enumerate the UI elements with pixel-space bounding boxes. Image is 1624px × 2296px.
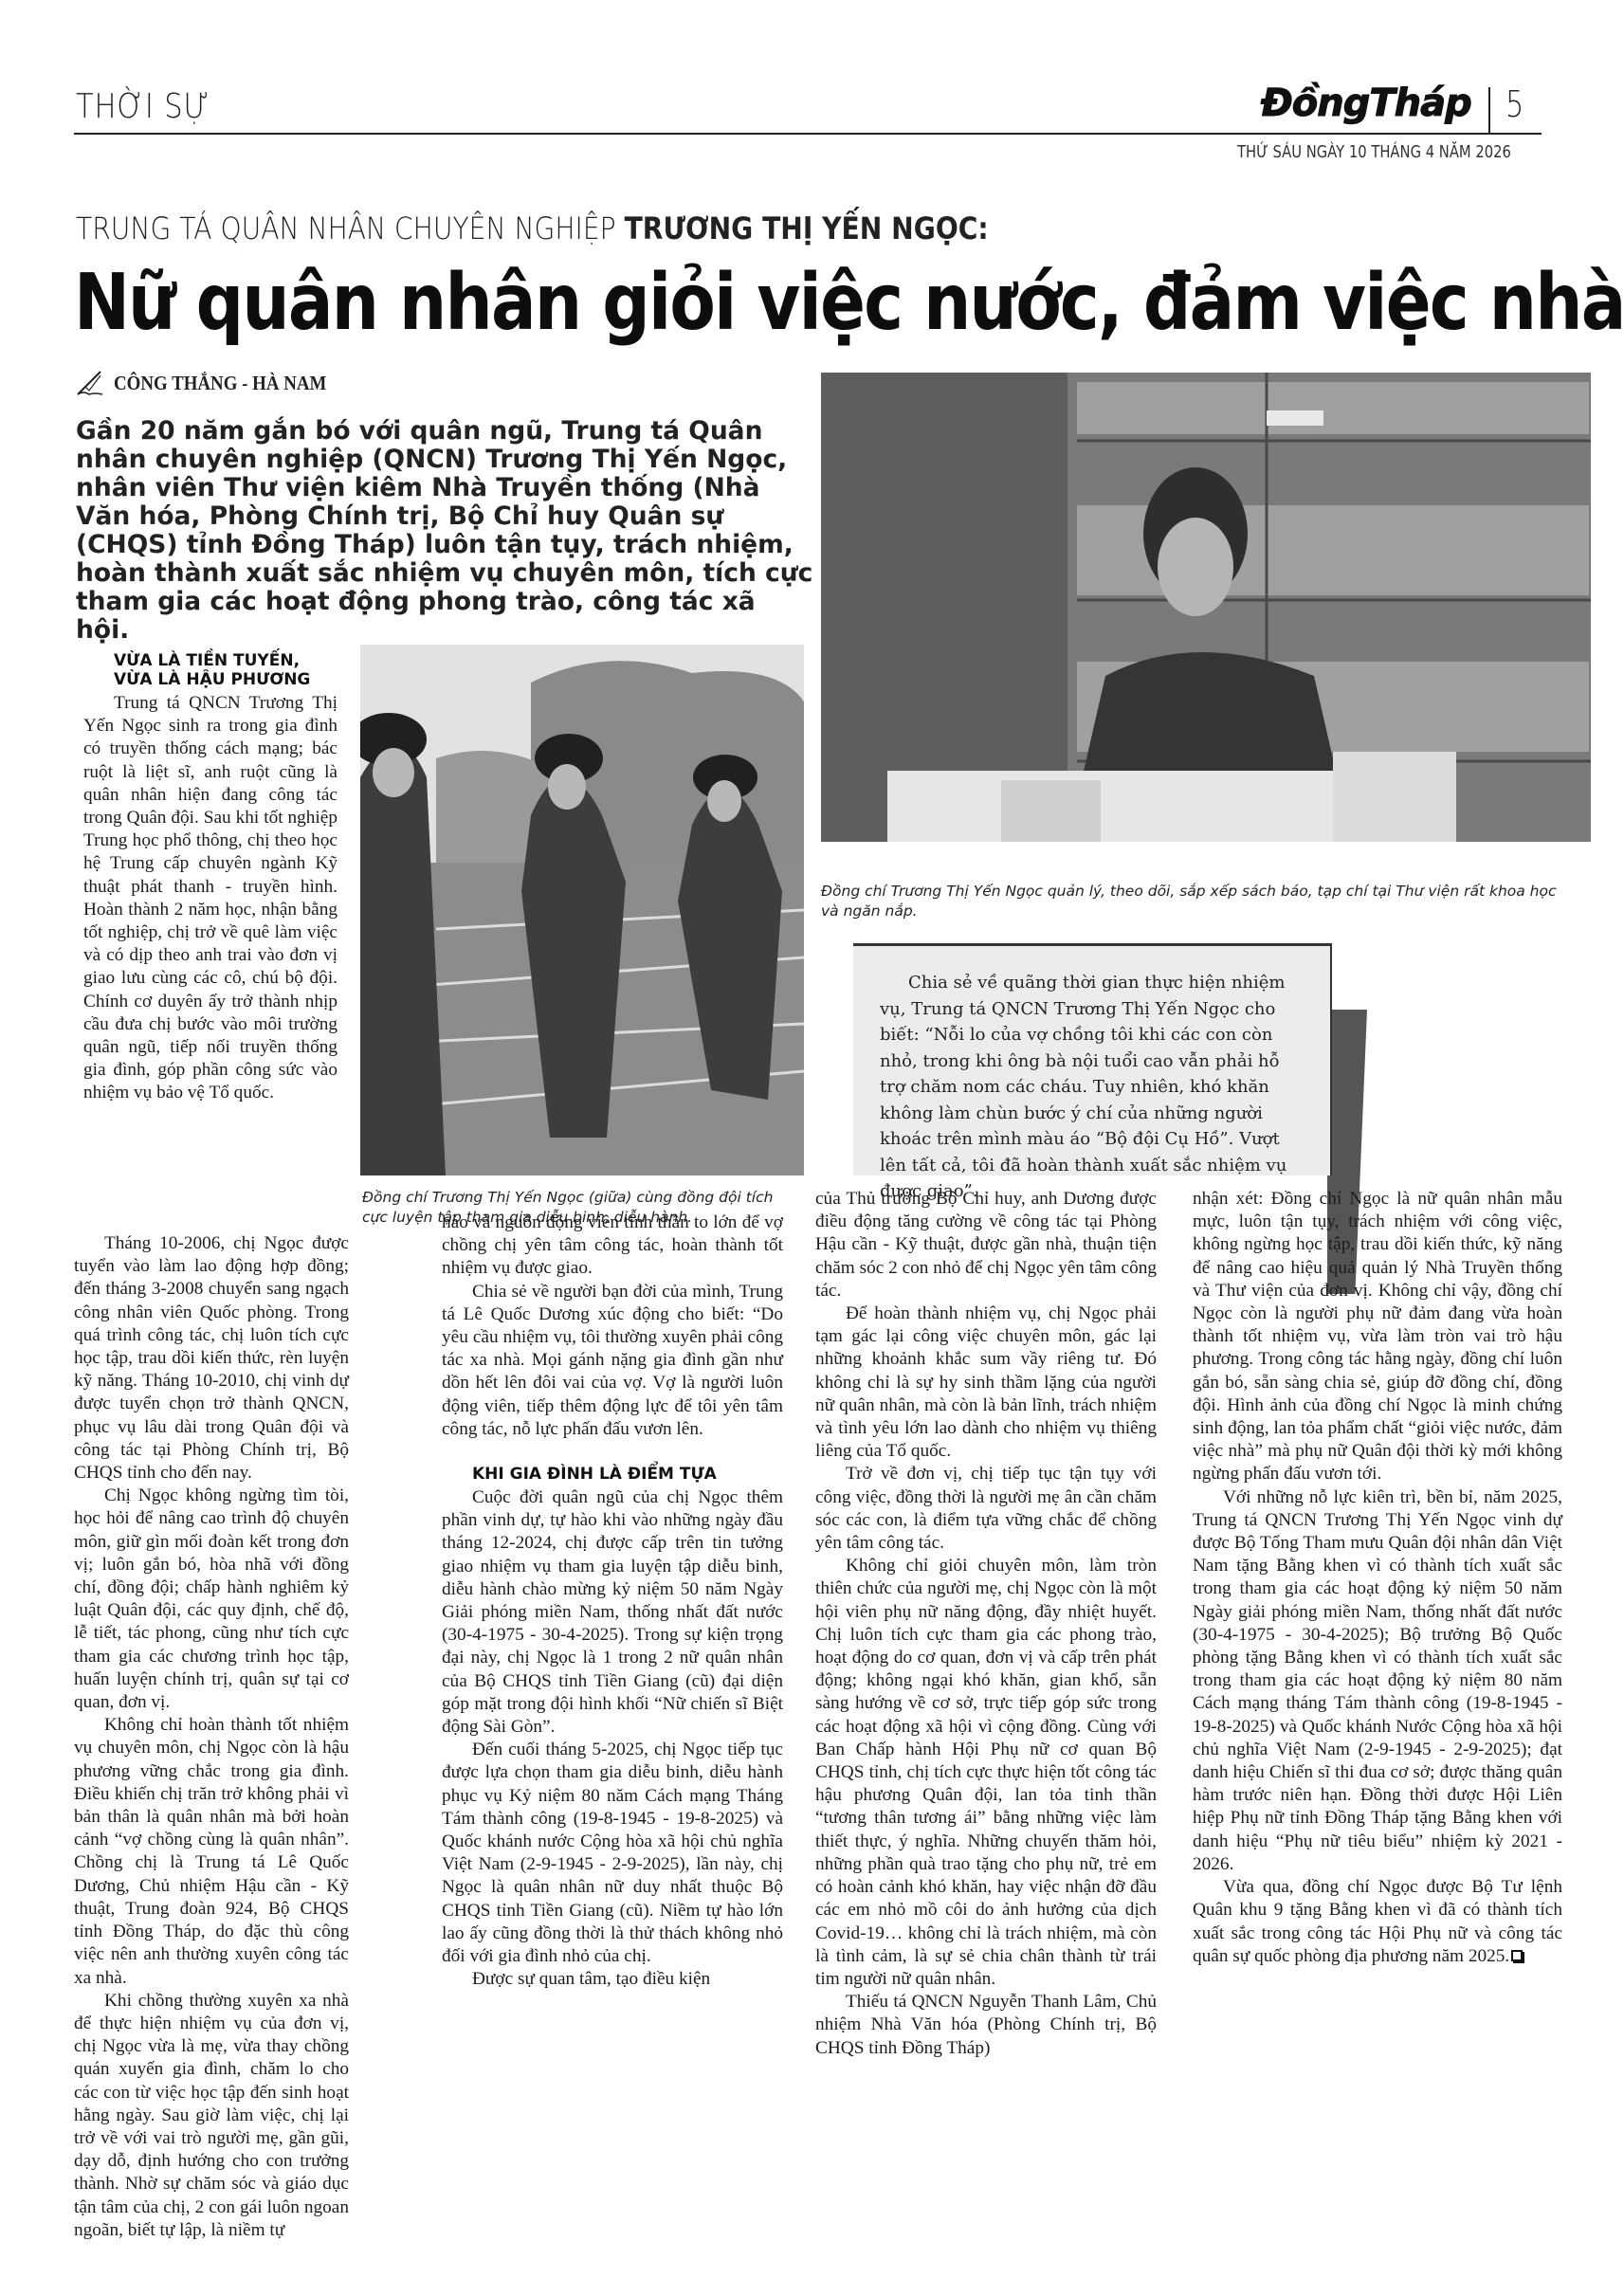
byline: CÔNG THẮNG - HÀ NAM <box>76 370 350 396</box>
subhead-1-line-2: VỪA LÀ HẬU PHƯƠNG <box>114 669 338 690</box>
body-column-4: nhận xét: Đồng chí Ngọc là nữ quân nhân … <box>1193 1188 1562 1968</box>
body-paragraph: Chị Ngọc không ngừng tìm tòi, học hỏi để… <box>74 1485 349 1714</box>
subhead-2: KHI GIA ĐÌNH LÀ ĐIỂM TỰA <box>472 1464 783 1485</box>
body-paragraph: Khi chồng thường xuyên xa nhà để thực hi… <box>74 1990 349 2242</box>
subhead-1-line-1: VỪA LÀ TIỀN TUYẾN, <box>114 650 338 671</box>
section-label: THỜI SỰ <box>76 87 210 126</box>
body-column-1: VỪA LÀ TIỀN TUYẾN, VỪA LÀ HẬU PHƯƠNG Tru… <box>83 650 338 1105</box>
library-photo <box>821 373 1591 842</box>
body-paragraph: Để hoàn thành nhiệm vụ, chị Ngọc phải tạ… <box>815 1303 1157 1463</box>
body-paragraph: Trung tá QNCN Trương Thị Yến Ngọc sinh r… <box>83 692 338 1105</box>
body-column-3: của Thủ trưởng Bộ Chỉ huy, anh Dương đượ… <box>815 1188 1157 2060</box>
parade-photo <box>360 645 804 1175</box>
body-paragraph: Đến cuối tháng 5-2025, chị Ngọc tiếp tục… <box>442 1739 783 1968</box>
byline-authors: CÔNG THẮNG - HÀ NAM <box>114 372 326 395</box>
pull-quote-box: Chia sẻ về quãng thời gian thực hiện nhi… <box>853 943 1332 1175</box>
end-of-article-icon <box>1511 1950 1523 1961</box>
body-paragraph: Với những nỗ lực kiên trì, bền bỉ, năm 2… <box>1193 1486 1562 1876</box>
final-paragraph-text: Vừa qua, đồng chí Ngọc được Bộ Tư lệnh Q… <box>1193 1877 1562 1966</box>
body-paragraph: Tháng 10-2006, chị Ngọc được tuyển vào l… <box>74 1232 349 1485</box>
body-paragraph: Không chỉ hoàn thành tốt nhiệm vụ chuyên… <box>74 1714 349 1989</box>
body-column-1-lower: Tháng 10-2006, chị Ngọc được tuyển vào l… <box>74 1232 349 2242</box>
article-lead: Gần 20 năm gắn bó với quân ngũ, Trung tá… <box>76 417 815 645</box>
body-paragraph: Chia sẻ về người bạn đời của mình, Trung… <box>442 1281 783 1441</box>
pen-writing-icon <box>76 370 104 396</box>
body-paragraph: Không chỉ giỏi chuyên môn, làm tròn thiê… <box>815 1555 1157 1991</box>
header-rule <box>74 133 1542 135</box>
masthead-divider <box>1488 87 1490 133</box>
body-paragraph: Cuộc đời quân ngũ của chị Ngọc thêm phần… <box>442 1486 783 1739</box>
body-column-2: hào và nguồn động viên tinh thần to lớn … <box>442 1212 783 1992</box>
issue-date: THỨ SÁU NGÀY 10 THÁNG 4 NĂM 2026 <box>1237 142 1511 162</box>
page-number: 5 <box>1505 83 1524 125</box>
kicker-light: TRUNG TÁ QUÂN NHÂN CHUYÊN NGHIỆP <box>76 210 625 246</box>
body-paragraph-final: Vừa qua, đồng chí Ngọc được Bộ Tư lệnh Q… <box>1193 1876 1562 1968</box>
body-paragraph: của Thủ trưởng Bộ Chỉ huy, anh Dương đượ… <box>815 1188 1157 1303</box>
body-paragraph: Trở về đơn vị, chị tiếp tục tận tụy với … <box>815 1463 1157 1555</box>
article-kicker: TRUNG TÁ QUÂN NHÂN CHUYÊN NGHIỆP TRƯƠNG … <box>76 210 989 246</box>
body-paragraph: hào và nguồn động viên tinh thần to lớn … <box>442 1212 783 1281</box>
body-paragraph: Thiếu tá QNCN Nguyễn Thanh Lâm, Chủ nhiệ… <box>815 1991 1157 2060</box>
body-paragraph: Được sự quan tâm, tạo điều kiện <box>442 1968 783 1991</box>
article-headline: Nữ quân nhân giỏi việc nước, đảm việc nh… <box>74 258 1624 348</box>
masthead-logo: ĐồngTháp <box>1261 82 1471 125</box>
library-photo-caption: Đồng chí Trương Thị Yến Ngọc quản lý, th… <box>821 882 1570 921</box>
kicker-bold: TRƯƠNG THỊ YẾN NGỌC: <box>625 210 989 246</box>
spacer <box>442 1441 783 1464</box>
pull-quote-text: Chia sẻ về quãng thời gian thực hiện nhi… <box>880 970 1304 1205</box>
body-paragraph: nhận xét: Đồng chí Ngọc là nữ quân nhân … <box>1193 1188 1562 1486</box>
